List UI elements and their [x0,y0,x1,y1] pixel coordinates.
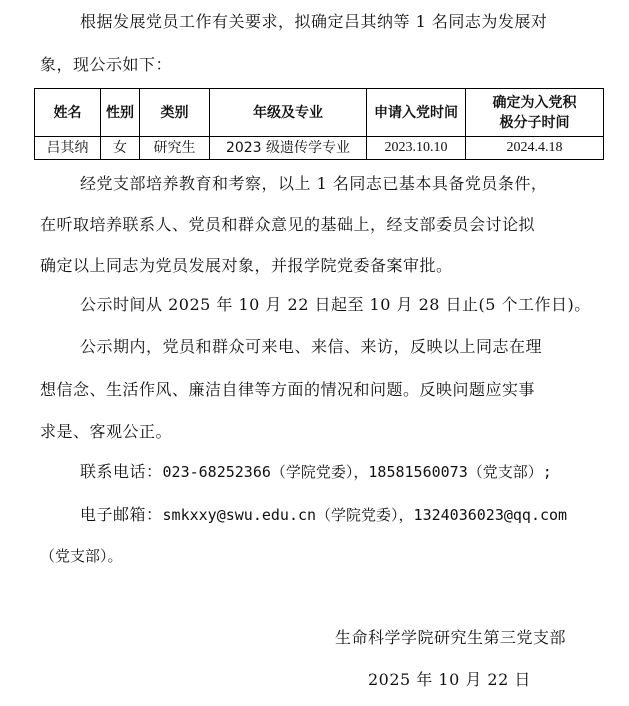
body-para1-line2: 在听取培养联系人、党员和群众意见的基础上，经支部委员会讨论拟 [40,215,535,235]
body-publicity-period: 公示时间从 2025 年 10 月 22 日起至 10 月 28 日止(5 个工… [80,295,591,315]
cell-grade-major: 2023 级遗传学专业 [210,137,367,160]
intro-line-2: 象，现公示如下： [40,55,172,75]
signature-date: 2025 年 10 月 22 日 [368,670,531,690]
signature-org: 生命科学学院研究生第三党支部 [335,628,566,648]
contact-email-line2: （党支部）。 [40,546,123,566]
table-row: 吕其纳 女 研究生 2023 级遗传学专业 2023.10.10 2024.4.… [35,137,604,160]
intro-line-1: 根据发展党员工作有关要求，拟确定吕其纳等 1 名同志为发展对 [80,12,547,32]
header-activist-date-line1: 确定为入党积 [466,93,603,113]
header-activist-date-line2: 极分子时间 [466,113,603,133]
header-category: 类别 [140,89,210,137]
table-header-row: 姓名 性别 类别 年级及专业 申请入党时间 确定为入党积 极分子时间 [35,89,604,137]
cell-gender: 女 [101,137,140,160]
cell-activist-date: 2024.4.18 [466,137,604,160]
contact-email: 电子邮箱：smkxxy@swu.edu.cn（学院党委），1324036023@… [80,505,567,525]
header-application-date: 申请入党时间 [367,89,466,137]
body-para3-line1: 公示期内，党员和群众可来电、来信、来访，反映以上同志在理 [80,337,542,357]
body-para3-line3: 求是、客观公正。 [40,422,172,442]
cell-category: 研究生 [140,137,210,160]
contact-email-label: 电子邮箱： [80,505,163,524]
body-para1-line3: 确定以上同志为党员发展对象，并报学院党委备案审批。 [40,256,453,276]
contact-email-value: smkxxy@swu.edu.cn（学院党委），1324036023@qq.co… [163,506,568,524]
body-para3-line2: 想信念、生活作风、廉洁自律等方面的情况和问题。反映问题应实事 [40,380,535,400]
cell-name: 吕其纳 [35,137,101,160]
body-para1-line1: 经党支部培养教育和考察，以上 1 名同志已基本具备党员条件， [80,174,547,194]
header-name: 姓名 [35,89,101,137]
cell-application-date: 2023.10.10 [367,137,466,160]
header-grade-major: 年级及专业 [210,89,367,137]
candidate-table: 姓名 性别 类别 年级及专业 申请入党时间 确定为入党积 极分子时间 吕其纳 女… [34,88,604,160]
contact-phone: 联系电话：023-68252366（学院党委），18581560073（党支部）… [80,462,552,482]
contact-phone-value: 023-68252366（学院党委），18581560073（党支部）; [163,463,552,481]
contact-phone-label: 联系电话： [80,462,163,481]
header-activist-date: 确定为入党积 极分子时间 [466,89,604,137]
header-gender: 性别 [101,89,140,137]
